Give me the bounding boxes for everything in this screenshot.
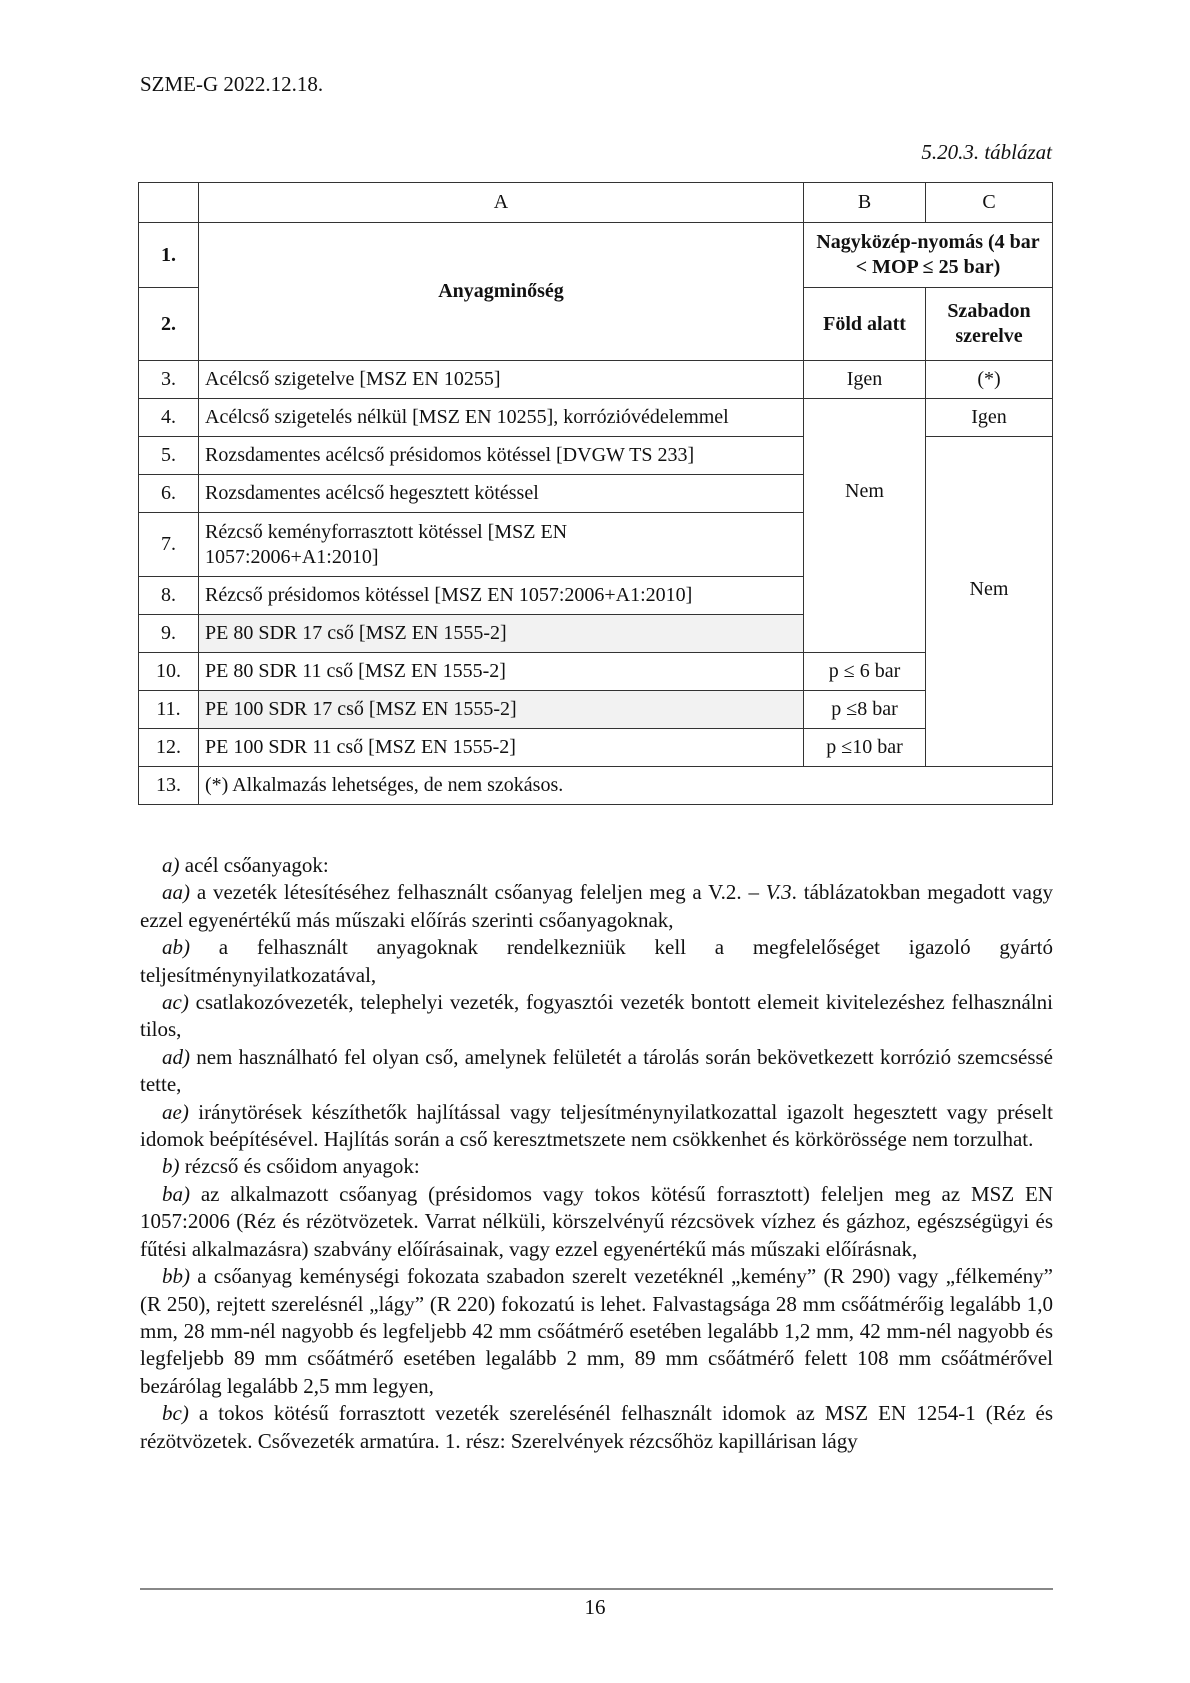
material-cell: PE 80 SDR 11 cső [MSZ EN 1555-2]	[199, 653, 804, 691]
paragraph-bc: bc) a tokos kötésű forrasztott vezeték s…	[140, 1400, 1053, 1455]
col-b-header: Föld alatt	[804, 288, 926, 361]
row-number: 11.	[139, 691, 199, 729]
row-number: 4.	[139, 399, 199, 437]
pressure-group-header: Nagyközép-nyomás (4 bar < MOP ≤ 25 bar)	[804, 223, 1053, 288]
underground-cell: Igen	[804, 361, 926, 399]
item-label: bb)	[162, 1264, 190, 1288]
table-row: 10. PE 80 SDR 11 cső [MSZ EN 1555-2] p ≤…	[139, 653, 1053, 691]
row-number: 10.	[139, 653, 199, 691]
paragraph-ba: ba) az alkalmazott csőanyag (présidomos …	[140, 1181, 1053, 1263]
row-number: 12.	[139, 729, 199, 767]
underground-cell: p ≤8 bar	[804, 691, 926, 729]
material-cell: Acélcső szigetelés nélkül [MSZ EN 10255]…	[199, 399, 804, 437]
paragraph-aa: aa) a vezeték létesítéséhez felhasznált …	[140, 879, 1053, 934]
exposed-cell: (*)	[926, 361, 1053, 399]
item-label: bc)	[162, 1401, 189, 1425]
material-cell: PE 100 SDR 11 cső [MSZ EN 1555-2]	[199, 729, 804, 767]
body-text: a) acél csőanyagok: aa) a vezeték létesí…	[140, 852, 1053, 1455]
paragraph-a: a) acél csőanyagok:	[140, 852, 1053, 879]
item-label: ac)	[162, 990, 189, 1014]
footer-divider	[140, 1588, 1053, 1590]
table-letter-row: A B C	[139, 183, 1053, 223]
item-label: ad)	[162, 1045, 190, 1069]
exposed-cell: Igen	[926, 399, 1053, 437]
table-footnote-row: 13. (*) Alkalmazás lehetséges, de nem sz…	[139, 767, 1053, 805]
corner-cell	[139, 183, 199, 223]
material-cell: Rozsdamentes acélcső présidomos kötéssel…	[199, 437, 804, 475]
row-number: 9.	[139, 615, 199, 653]
table-row: 3. Acélcső szigetelve [MSZ EN 10255] Ige…	[139, 361, 1053, 399]
col-letter-b: B	[804, 183, 926, 223]
row-number: 8.	[139, 577, 199, 615]
paragraph-ac: ac) csatlakozóvezeték, telephelyi vezeté…	[140, 989, 1053, 1044]
item-label: b)	[162, 1154, 180, 1178]
paragraph-ab: ab) a felhasznált anyagoknak rendelkezni…	[140, 934, 1053, 989]
row-number: 5.	[139, 437, 199, 475]
exposed-merged-cell: Nem	[926, 437, 1053, 767]
page-number: 16	[0, 1595, 1190, 1620]
table-row: 11. PE 100 SDR 17 cső [MSZ EN 1555-2] p …	[139, 691, 1053, 729]
table-row: 4. Acélcső szigetelés nélkül [MSZ EN 102…	[139, 399, 1053, 437]
document-id: SZME-G 2022.12.18.	[140, 72, 323, 97]
col-a-header: Anyagminőség	[199, 223, 804, 361]
item-label: ae)	[162, 1100, 189, 1124]
paragraph-ae: ae) iránytörések készíthetők hajlítással…	[140, 1099, 1053, 1154]
paragraph-b: b) rézcső és csőidom anyagok:	[140, 1153, 1053, 1180]
material-cell: Rozsdamentes acélcső hegesztett kötéssel	[199, 475, 804, 513]
underground-cell: p ≤ 6 bar	[804, 653, 926, 691]
row-number: 13.	[139, 767, 199, 805]
item-label: ab)	[162, 935, 190, 959]
col-letter-c: C	[926, 183, 1053, 223]
item-label: aa)	[162, 880, 190, 904]
item-label: a)	[162, 853, 180, 877]
col-c-header: Szabadon szerelve	[926, 288, 1053, 361]
underground-merged-cell: Nem	[804, 399, 926, 653]
material-cell: Acélcső szigetelve [MSZ EN 10255]	[199, 361, 804, 399]
paragraph-ad: ad) nem használható fel olyan cső, amely…	[140, 1044, 1053, 1099]
material-cell: Rézcső keményforrasztott kötéssel [MSZ E…	[199, 513, 804, 577]
material-cell: PE 100 SDR 17 cső [MSZ EN 1555-2]	[199, 691, 804, 729]
material-cell: PE 80 SDR 17 cső [MSZ EN 1555-2]	[199, 615, 804, 653]
item-label: ba)	[162, 1182, 190, 1206]
row-number: 7.	[139, 513, 199, 577]
material-cell: Rézcső présidomos kötéssel [MSZ EN 1057:…	[199, 577, 804, 615]
row-number: 2.	[139, 288, 199, 361]
table-row: 12. PE 100 SDR 11 cső [MSZ EN 1555-2] p …	[139, 729, 1053, 767]
paragraph-bb: bb) a csőanyag keménységi fokozata szaba…	[140, 1263, 1053, 1400]
underground-cell: p ≤10 bar	[804, 729, 926, 767]
row-number: 1.	[139, 223, 199, 288]
material-table: A B C 1. Anyagminőség Nagyközép-nyomás (…	[138, 182, 1053, 805]
row-number: 3.	[139, 361, 199, 399]
footnote-cell: (*) Alkalmazás lehetséges, de nem szokás…	[199, 767, 1053, 805]
row-number: 6.	[139, 475, 199, 513]
col-letter-a: A	[199, 183, 804, 223]
table-header-row-1: 1. Anyagminőség Nagyközép-nyomás (4 bar …	[139, 223, 1053, 288]
table-caption: 5.20.3. táblázat	[921, 140, 1052, 165]
